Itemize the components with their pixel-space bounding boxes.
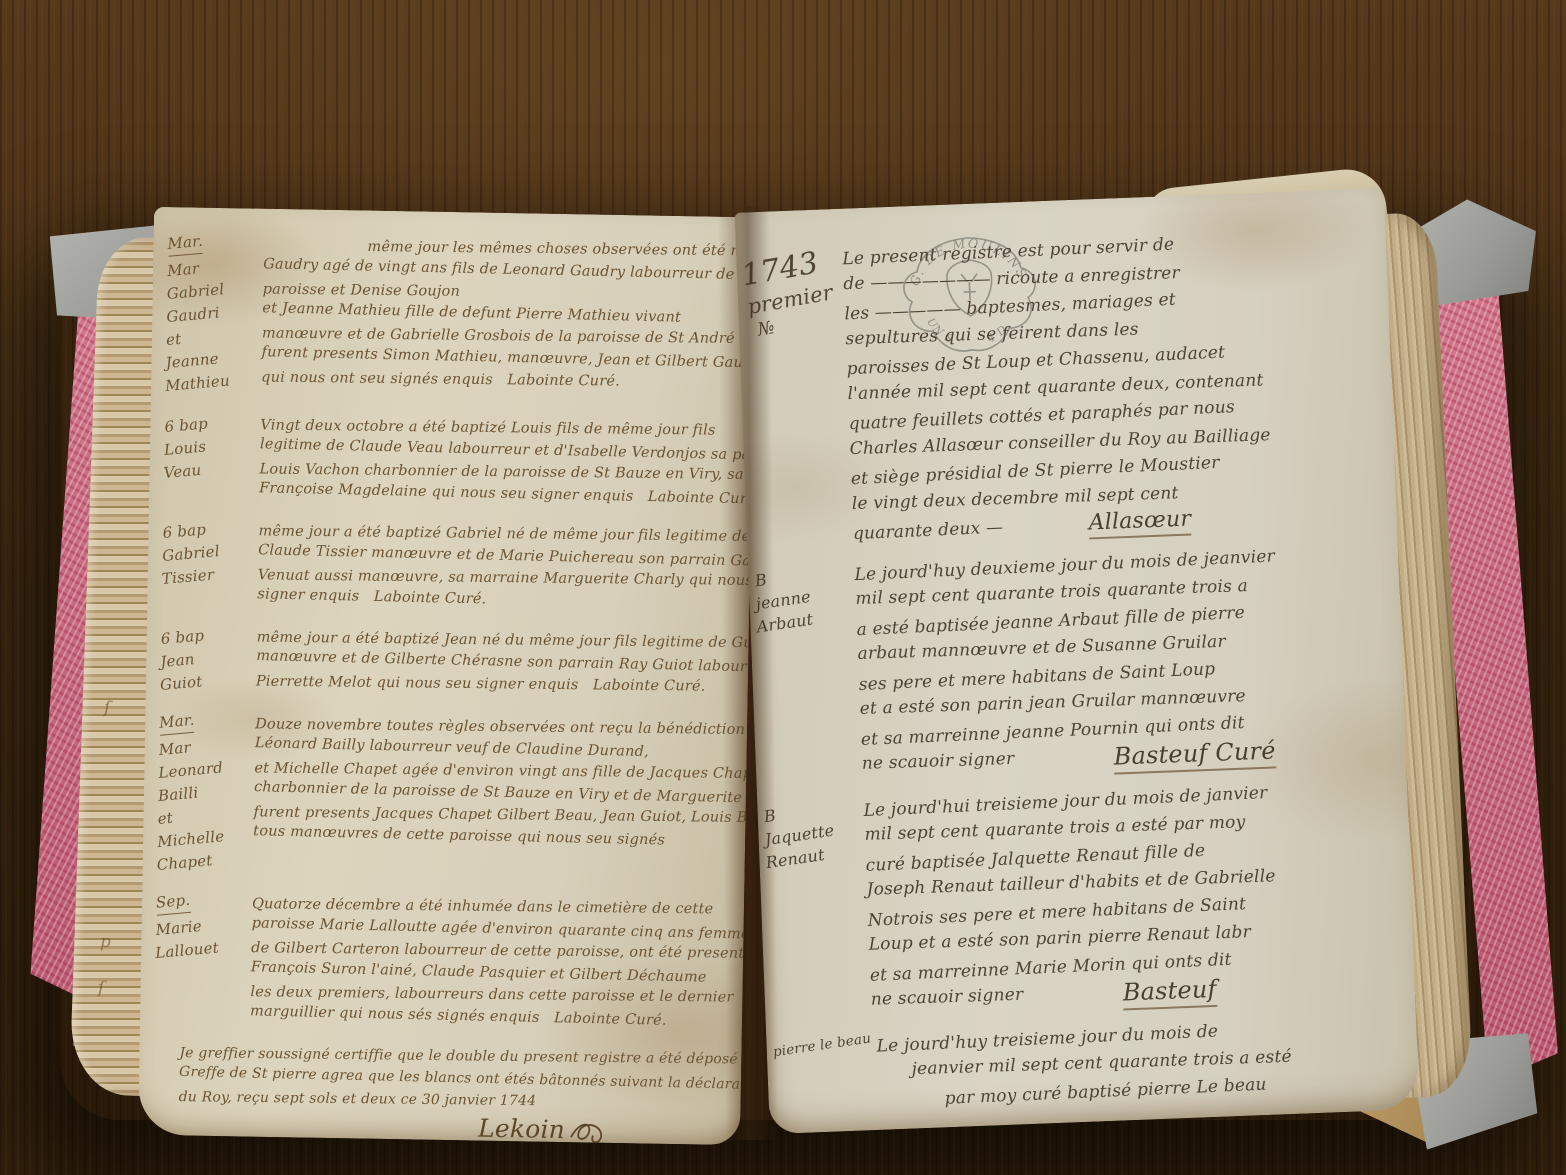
lp-entry-1: 6 bapLouisVeauVingt deux octobre a été b… xyxy=(163,411,752,509)
margin-annotation: 6 bapGabrielTissier xyxy=(161,517,259,607)
greffier-signature: Lekoin xyxy=(478,1114,565,1146)
signature: Basteuf xyxy=(1122,974,1217,1010)
lp-entry-5: Sep.MarieLallouetQuatorze décembre a été… xyxy=(154,890,744,1032)
edge-mark: ſ xyxy=(104,698,110,718)
entry-text: même jour a été baptizé Gabriel né de mê… xyxy=(257,519,756,616)
margin-annotation: BJaquetteRenaut xyxy=(763,796,871,1020)
photo-of-open-register: ſ p ſ Mar.MarGabrielGaudrietJeanneMathie… xyxy=(0,0,1566,1175)
signature: Basteuf Curé xyxy=(1113,736,1276,774)
margin-annotation: 6 bapJeanGuiot xyxy=(160,623,257,694)
rp-opening-paragraph: Le present registre est pour servir dede… xyxy=(746,224,1397,548)
edge-mark: p xyxy=(100,932,111,952)
rp-entry-1: BJaquetteRenautLe jourd'hui treisieme jo… xyxy=(767,775,1415,1019)
entry-text: Le jourd'huy treisieme jour du mois deje… xyxy=(876,1011,1419,1114)
certification-block: Je greffier soussigné certiffie que le d… xyxy=(178,1040,742,1145)
margin-annotation: BjeanneArbaut xyxy=(754,560,862,784)
margin-word: Mar. xyxy=(158,709,194,736)
right-page: 1743 premier № G. DE MOULINS UN S. 4 D. … xyxy=(735,188,1420,1134)
rp-entry-2: pierre le beauLe jourd'huy treisieme jou… xyxy=(776,1011,1419,1118)
entry-text: Le jourd'huy deuxieme jour du mois de je… xyxy=(854,539,1406,780)
left-page-entries: Mar.MarGabrielGaudrietJeanneMathieumême … xyxy=(152,231,756,1145)
margin-word: Sep. xyxy=(155,889,191,916)
entry-text: Le jourd'hui treisieme jour du mois de j… xyxy=(863,775,1415,1016)
lp-entry-3: 6 bapJeanGuiotmême jour a été baptizé Je… xyxy=(160,623,749,702)
margin-annotation: pierre le beau xyxy=(772,1031,879,1117)
signature-flourish xyxy=(569,1119,609,1145)
lp-entry-0: Mar.MarGabrielGaudrietJeanneMathieumême … xyxy=(165,231,756,403)
left-page: Mar.MarGabrielGaudrietJeanneMathieumême … xyxy=(138,207,756,1145)
entry-text: même jour les mêmes choses observées ont… xyxy=(261,233,756,405)
margin-word: pierre le beau xyxy=(771,1026,877,1064)
margin-annotation: 6 bapLouisVeau xyxy=(163,411,261,501)
lp-entry-4: Mar.MarLeonardBaillietMichelleChapetDouz… xyxy=(157,710,748,882)
margin-annotation: Mar.MarGabrielGaudrietJeanneMathieu xyxy=(165,231,264,395)
signature: Allasœur xyxy=(1088,506,1191,539)
rp-entry-0: BjeanneArbautLe jourd'huy deuxieme jour … xyxy=(758,539,1406,783)
margin-annotation: Sep.MarieLallouet xyxy=(154,890,252,1024)
right-page-entries: Le present registre est pour servir dede… xyxy=(746,224,1420,1134)
edge-mark: ſ xyxy=(98,978,104,998)
margin-annotation: Mar.MarLeonardBaillietMichelleChapet xyxy=(157,710,256,874)
entry-text: Vingt deux octobre a été baptizé Louis f… xyxy=(259,413,756,511)
lp-entry-2: 6 bapGabrielTissiermême jour a été bapti… xyxy=(161,517,750,615)
entry-text: Quatorze décembre a été inhumée dans le … xyxy=(250,892,753,1033)
handwriting-line: Pierrette Melot qui nous seu signer enqu… xyxy=(256,671,756,700)
entry-text: Le present registre est pour servir dede… xyxy=(842,224,1397,544)
handwriting-line: qui nous ont seu signés enquis Labointe … xyxy=(261,366,756,395)
entry-text: Douze novembre toutes règles observées o… xyxy=(253,712,757,884)
margin-word: Mar. xyxy=(167,230,203,257)
entry-text: même jour a été baptizé Jean né du même … xyxy=(256,625,756,705)
